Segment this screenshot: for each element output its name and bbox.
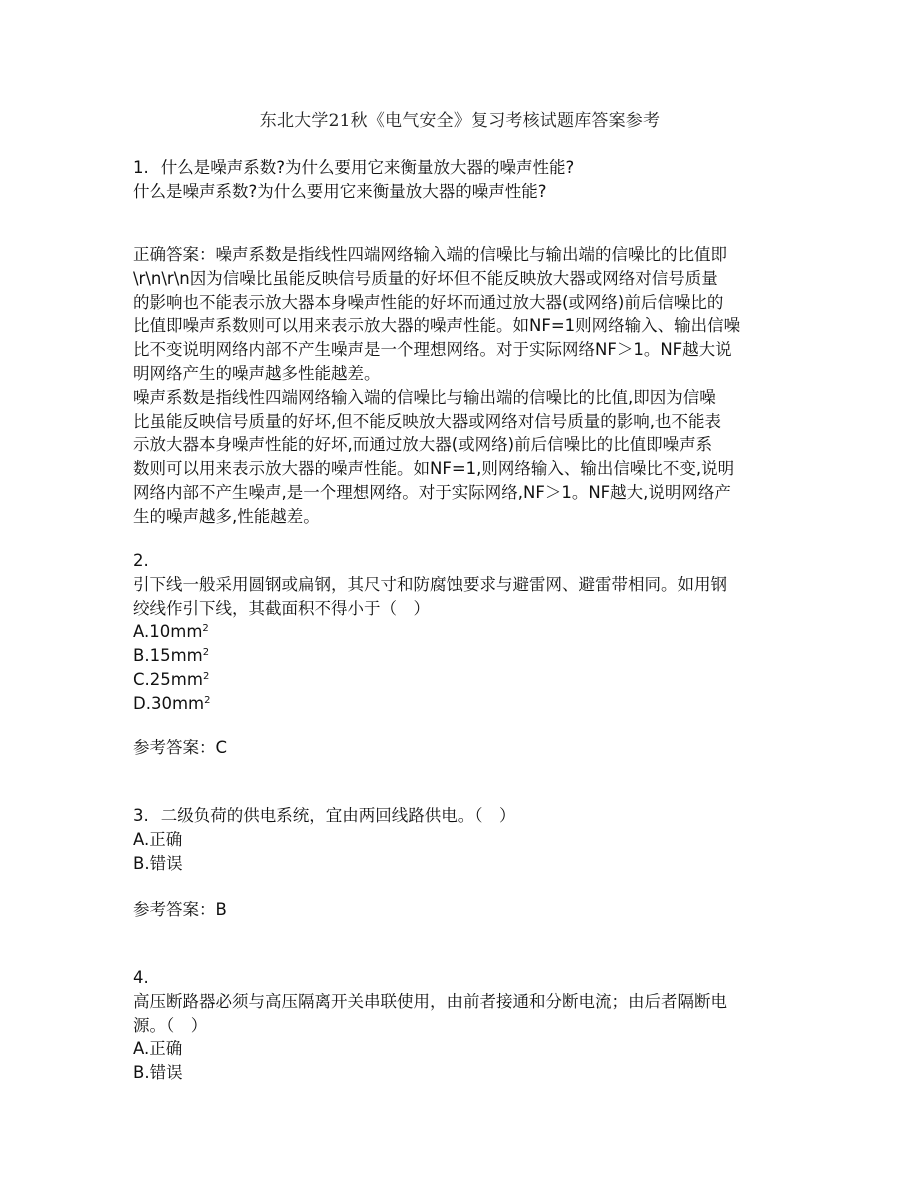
question-4: 4. 高压断路器必须与高压隔离开关串联使用，由前者接通和分断电流；由后者隔断电 … — [133, 966, 789, 1085]
question-3-reference-answer: 参考答案：B — [133, 898, 789, 922]
option-d[interactable]: D.30mm2 — [133, 692, 789, 716]
answer-line: 生的噪声越多,性能越差。 — [133, 505, 789, 529]
question-3: 3.二级负荷的供电系统，宜由两回线路供电。（ ） A.正确 B.错误 — [133, 804, 789, 875]
answer-line: 明网络产生的噪声越多性能越差。 — [133, 362, 789, 386]
question-2-stem-line-1: 引下线一般采用圆钢或扁钢，其尺寸和防腐蚀要求与避雷网、避雷带相同。如用钢 — [133, 573, 789, 597]
question-number: 1. — [133, 158, 149, 177]
answer-line: 数则可以用来表示放大器的噪声性能。如NF=1,则网络输入、输出信噪比不变,说明 — [133, 457, 789, 481]
question-2: 2. 引下线一般采用圆钢或扁钢，其尺寸和防腐蚀要求与避雷网、避雷带相同。如用钢 … — [133, 549, 789, 716]
answer-line: 比不变说明网络内部不产生噪声是一个理想网络。对于实际网络NF＞1。NF越大说 — [133, 338, 789, 362]
question-1-stem-line-1: 1.什么是噪声系数?为什么要用它来衡量放大器的噪声性能? — [133, 156, 789, 180]
answer-line: 正确答案：噪声系数是指线性四端网络输入端的信噪比与输出端的信噪比的比值即 — [133, 243, 789, 267]
document-title: 东北大学21秋《电气安全》复习考核试题库答案参考 — [0, 108, 920, 134]
question-4-stem-line-2: 源。（ ） — [133, 1014, 789, 1038]
question-4-stem-line-1: 高压断路器必须与高压隔离开关串联使用，由前者接通和分断电流；由后者隔断电 — [133, 990, 789, 1014]
question-number: 2. — [133, 549, 789, 573]
question-2-reference-answer: 参考答案：C — [133, 736, 789, 760]
answer-line: 比虽能反映信号质量的好坏,但不能反映放大器或网络对信号质量的影响,也不能表 — [133, 410, 789, 434]
question-2-stem-line-2: 绞线作引下线，其截面积不得小于（ ） — [133, 597, 789, 621]
option-c[interactable]: C.25mm2 — [133, 668, 789, 692]
answer-line: 比值即噪声系数则可以用来表示放大器的噪声性能。如NF=1则网络输入、输出信噪 — [133, 314, 789, 338]
answer-line: \r\n\r\n因为信噪比虽能反映信号质量的好坏但不能反映放大器或网络对信号质量 — [133, 267, 789, 291]
question-1-stem-line-2: 什么是噪声系数?为什么要用它来衡量放大器的噪声性能? — [133, 180, 789, 204]
question-1-answer-block-1: 正确答案：噪声系数是指线性四端网络输入端的信噪比与输出端的信噪比的比值即 \r\… — [133, 243, 789, 529]
option-b[interactable]: B.15mm2 — [133, 644, 789, 668]
answer-line: 网络内部不产生噪声,是一个理想网络。对于实际网络,NF＞1。NF越大,说明网络产 — [133, 481, 789, 505]
question-number: 4. — [133, 966, 789, 990]
option-a[interactable]: A.正确 — [133, 828, 789, 852]
option-a[interactable]: A.10mm2 — [133, 620, 789, 644]
answer-line: 示放大器本身噪声性能的好坏,而通过放大器(或网络)前后信噪比的比值即噪声系 — [133, 433, 789, 457]
answer-line: 噪声系数是指线性四端网络输入端的信噪比与输出端的信噪比的比值,即因为信噪 — [133, 386, 789, 410]
question-3-stem: 3.二级负荷的供电系统，宜由两回线路供电。（ ） — [133, 804, 789, 828]
answer-line: 的影响也不能表示放大器本身噪声性能的好坏而通过放大器(或网络)前后信噪比的 — [133, 291, 789, 315]
option-b[interactable]: B.错误 — [133, 852, 789, 876]
option-a[interactable]: A.正确 — [133, 1037, 789, 1061]
option-b[interactable]: B.错误 — [133, 1061, 789, 1085]
question-1: 1.什么是噪声系数?为什么要用它来衡量放大器的噪声性能? 什么是噪声系数?为什么… — [133, 156, 789, 204]
question-number: 3. — [133, 806, 149, 825]
